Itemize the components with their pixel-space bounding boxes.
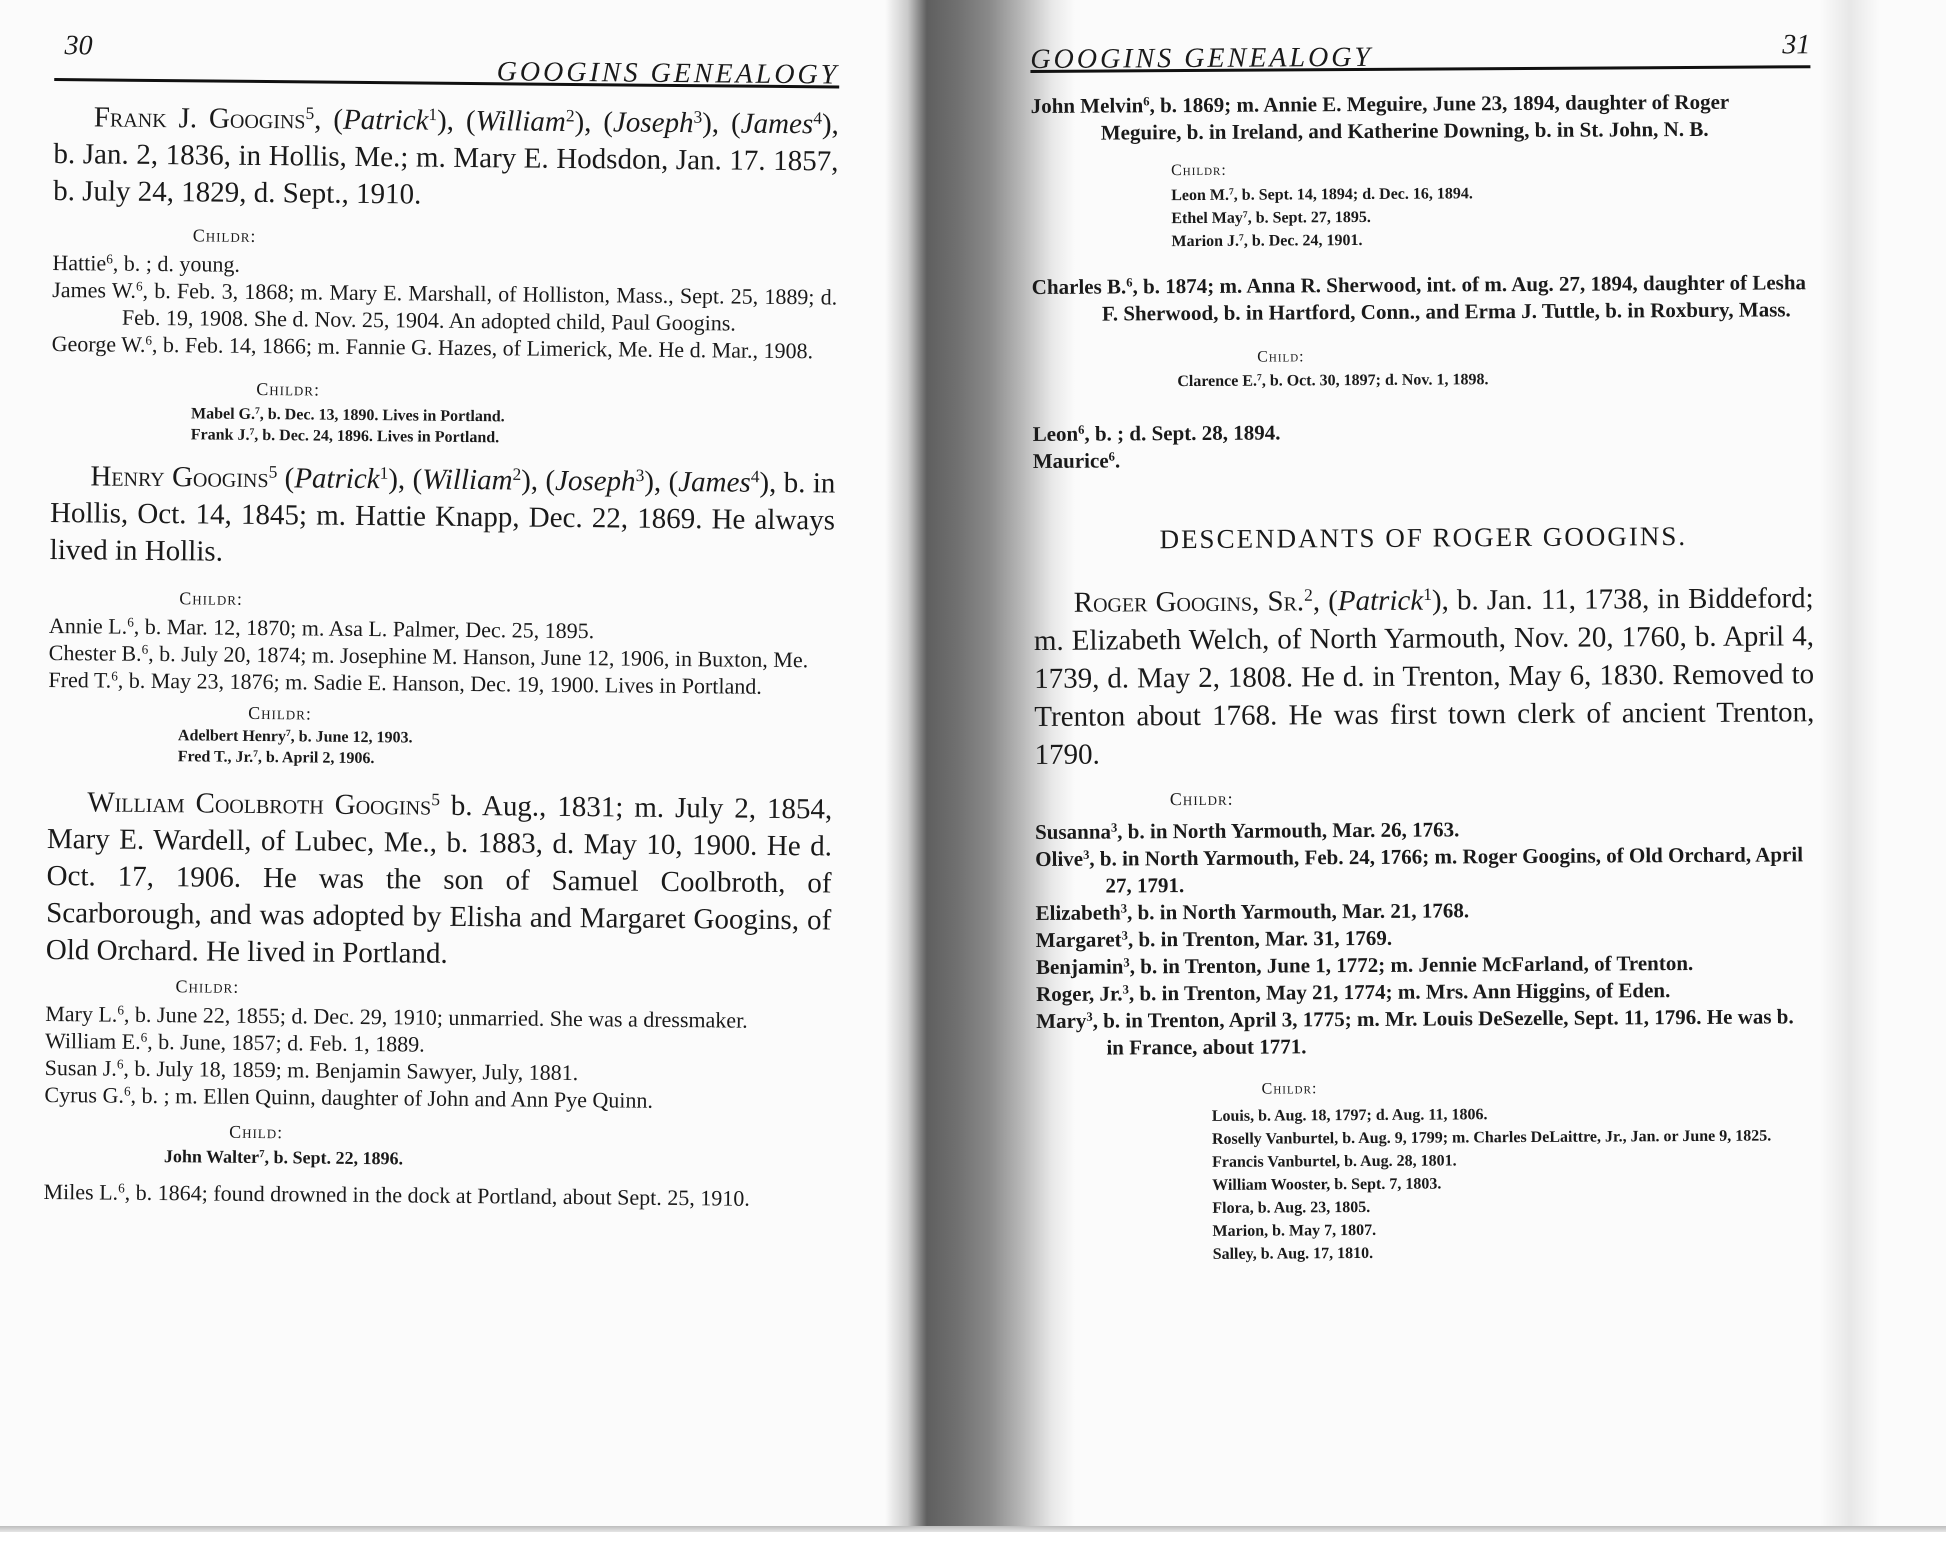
child-entry: Olive3, b. in North Yarmouth, Feb. 24, 1… <box>1035 841 1815 900</box>
running-head: GOOGINS GENEALOGY 31 <box>1030 0 1810 73</box>
section-title: DESCENDANTS OF ROGER GOOGINS. <box>1033 520 1813 556</box>
left-page: 30 GOOGINS GENEALOGY Frank J. Googins5, … <box>43 0 840 1212</box>
child-entry: James W.6, b. Feb. 3, 1868; m. Mary E. M… <box>52 276 837 338</box>
grandchild-entry: Clarence E.7, b. Oct. 30, 1897; d. Nov. … <box>1177 367 1812 392</box>
page-number: 30 <box>64 30 92 62</box>
entry-henry-googins: Henry Googins5 (Patrick1), (William2), (… <box>50 458 836 577</box>
entry-roger-googins-sr: Roger Googins, Sr.2, (Patrick1), b. Jan.… <box>1034 579 1815 774</box>
entry-william-coolbroth-googins: William Coolbroth Googins5 b. Aug., 1831… <box>46 784 833 977</box>
grandchildren-label: Childr: <box>1262 1077 1817 1098</box>
running-head: 30 GOOGINS GENEALOGY <box>54 0 840 89</box>
page-edge-shadow <box>1820 0 1880 1528</box>
entry-frank-j-googins: Frank J. Googins5, (Patrick1), (William2… <box>53 99 839 218</box>
child-entry: Mary3, b. in Trenton, April 3, 1775; m. … <box>1036 1003 1816 1062</box>
scan-margin <box>0 1532 1946 1556</box>
page-number: 31 <box>1782 29 1810 61</box>
children-label: Childr: <box>175 976 830 1003</box>
grandchild-entry: John Walter7, b. Sept. 22, 1896. <box>164 1146 829 1173</box>
child-entry-charles-b: Charles B.6, b. 1874; m. Anna R. Sherwoo… <box>1032 269 1812 328</box>
children-label: Childr: <box>179 588 834 615</box>
grandchild-entry: Roselly Vanburtel, b. Aug. 9, 1799; m. C… <box>1212 1124 1777 1150</box>
grandchildren-label: Childr: <box>256 379 836 406</box>
grandchild-entry: Marion J.7, b. Dec. 24, 1901. <box>1171 226 1811 253</box>
children-label: Childr: <box>1170 785 1815 810</box>
children-label: Childr: <box>1171 158 1811 180</box>
right-page: GOOGINS GENEALOGY 31 John Melvin6, b. 18… <box>1030 0 1818 1267</box>
running-head-title: GOOGINS GENEALOGY <box>496 56 839 91</box>
children-label: Childr: <box>193 225 838 252</box>
grandchild-entry: Salley, b. Aug. 17, 1810. <box>1213 1239 1818 1266</box>
children-label: Child: <box>1257 345 1812 366</box>
grandchildren-label: Child: <box>229 1122 829 1149</box>
child-entry-maurice: Maurice6. <box>1033 443 1813 475</box>
grandchildren-label: Childr: <box>248 703 833 730</box>
child-entry-john-melvin: John Melvin6, b. 1869; m. Annie E. Megui… <box>1031 88 1811 147</box>
running-head-title: GOOGINS GENEALOGY <box>1030 42 1373 76</box>
